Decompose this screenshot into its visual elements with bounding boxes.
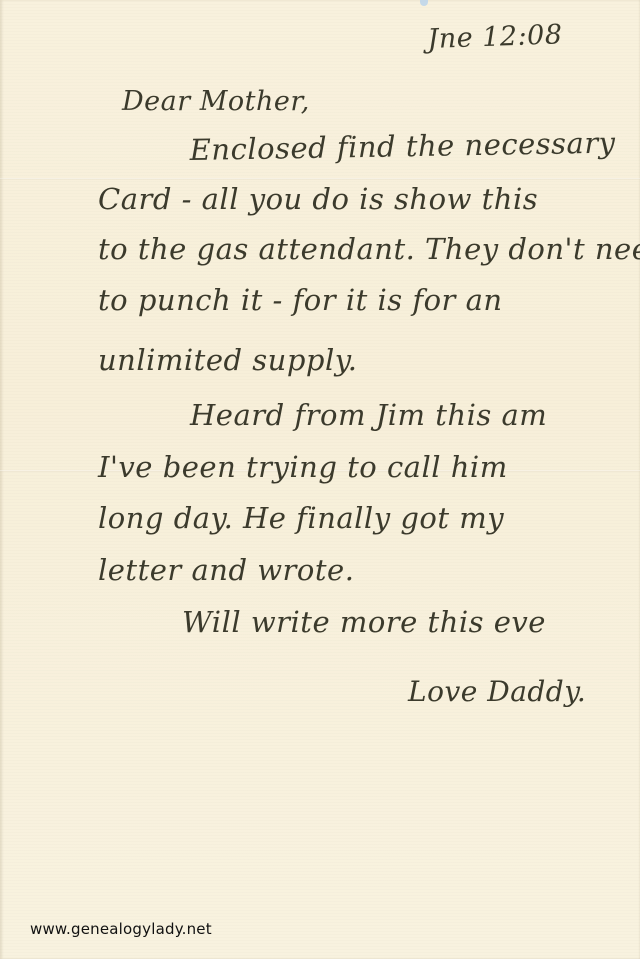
- letter-line: Will write more this eve: [182, 605, 546, 639]
- watermark: www.genealogylady.net: [30, 920, 212, 938]
- letter-page: Jne 12:08 Dear Mother, Enclosed find the…: [0, 0, 640, 959]
- letter-salutation: Dear Mother,: [122, 86, 310, 117]
- letter-line: to punch it - for it is for an: [98, 283, 503, 317]
- letter-line: I've been trying to call him: [98, 450, 508, 484]
- letter-line: Card - all you do is show this: [98, 182, 538, 216]
- paper-fold-line: [0, 178, 640, 180]
- letter-line: Enclosed find the necessary: [189, 126, 615, 167]
- scan-artifact: [420, 0, 428, 6]
- letter-line: to the gas attendant. They don't need: [98, 232, 640, 266]
- letter-line: Heard from Jim this am: [190, 398, 547, 432]
- letter-line: unlimited supply.: [98, 343, 358, 377]
- letter-date: Jne 12:08: [427, 19, 563, 55]
- letter-closing: Love Daddy.: [408, 675, 586, 708]
- letter-line: letter and wrote.: [98, 553, 354, 587]
- letter-line: long day. He finally got my: [98, 501, 504, 535]
